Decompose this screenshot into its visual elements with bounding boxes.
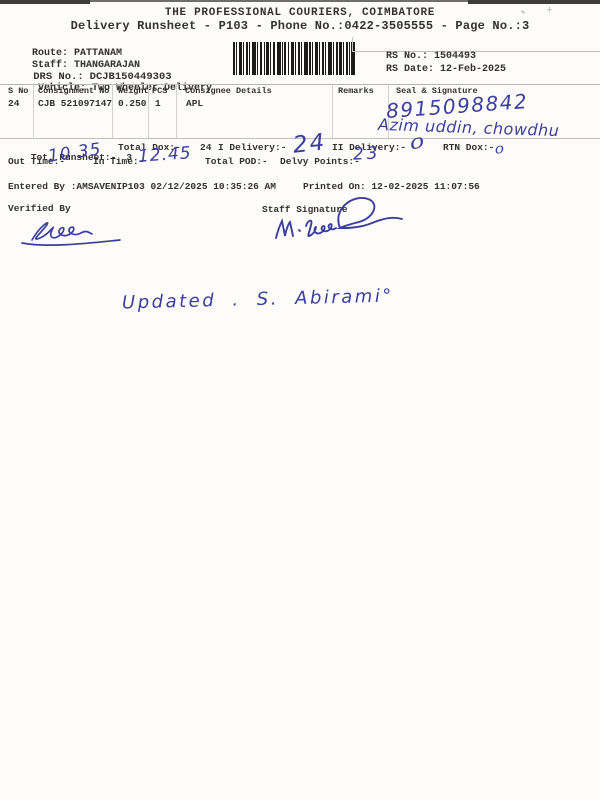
col-header-pcs: PCS — [152, 87, 167, 96]
table-top-line — [0, 84, 600, 85]
rs-date-value: 12-Feb-2025 — [440, 64, 506, 75]
barcode — [233, 42, 355, 75]
handwritten-note: Updated . S. Abirami° — [122, 287, 394, 312]
rtn-dox-label: RTN Dox:- — [443, 143, 494, 153]
scan-artifact-top-left — [0, 0, 90, 4]
total-pod-label: Total POD:- — [205, 157, 268, 167]
rs-date-label: RS Date: — [386, 64, 434, 75]
table-vline — [176, 84, 177, 138]
rtn-dox-handwritten-value: 0 — [494, 145, 505, 157]
scan-artifact-top-right — [468, 0, 600, 4]
verified-by-signature — [18, 210, 128, 252]
table-vline — [332, 84, 333, 138]
total-dox-value: 24 — [200, 143, 211, 153]
row-consignee: APL — [186, 99, 203, 109]
col-header-consignment-no: Consignment No — [38, 87, 109, 96]
delvy-points-handwritten-value: 23 — [353, 145, 381, 163]
in-time-handwritten-value: 12.45 — [137, 145, 192, 166]
col-header-s-no: S No — [8, 87, 28, 96]
col-header-remarks: Remarks — [338, 87, 374, 96]
row-consignment-no: CJB 521097147 — [38, 99, 112, 109]
i-delivery-handwritten-value: 24 — [292, 131, 328, 157]
table-vline — [33, 84, 34, 138]
printed-on-line: Printed On: 12-02-2025 11:07:56 — [303, 182, 480, 192]
delivery-runsheet-scan: THE PROFESSIONAL COURIERS, COIMBATORE De… — [0, 0, 600, 800]
delvy-points-label: Delvy Points:- — [280, 157, 360, 167]
row-pcs: 1 — [155, 99, 161, 109]
staff-signature — [268, 192, 408, 250]
ii-delivery-handwritten-value: 0 — [408, 136, 426, 153]
table-vline — [112, 84, 113, 138]
seal-handwriting-name: Azim uddin, chowdhu — [378, 117, 560, 139]
col-header-consignee-details: Consignee Details — [185, 87, 272, 96]
i-delivery-label: I Delivery:- — [218, 143, 286, 153]
col-header-weight: Weight — [118, 87, 149, 96]
row-weight: 0.250 — [118, 99, 147, 109]
company-title: THE PROFESSIONAL COURIERS, COIMBATORE — [0, 7, 600, 19]
runsheet-subtitle: Delivery Runsheet - P103 - Phone No.:042… — [0, 20, 600, 33]
rs-date-line: RS Date:12-Feb-2025 — [362, 53, 506, 86]
in-time-label: In Time:- — [93, 157, 144, 167]
entered-by-line: Entered By :AMSAVENIP103 02/12/2025 10:3… — [8, 182, 276, 192]
rs-box-vline — [352, 37, 353, 51]
row-s-no: 24 — [8, 99, 19, 109]
